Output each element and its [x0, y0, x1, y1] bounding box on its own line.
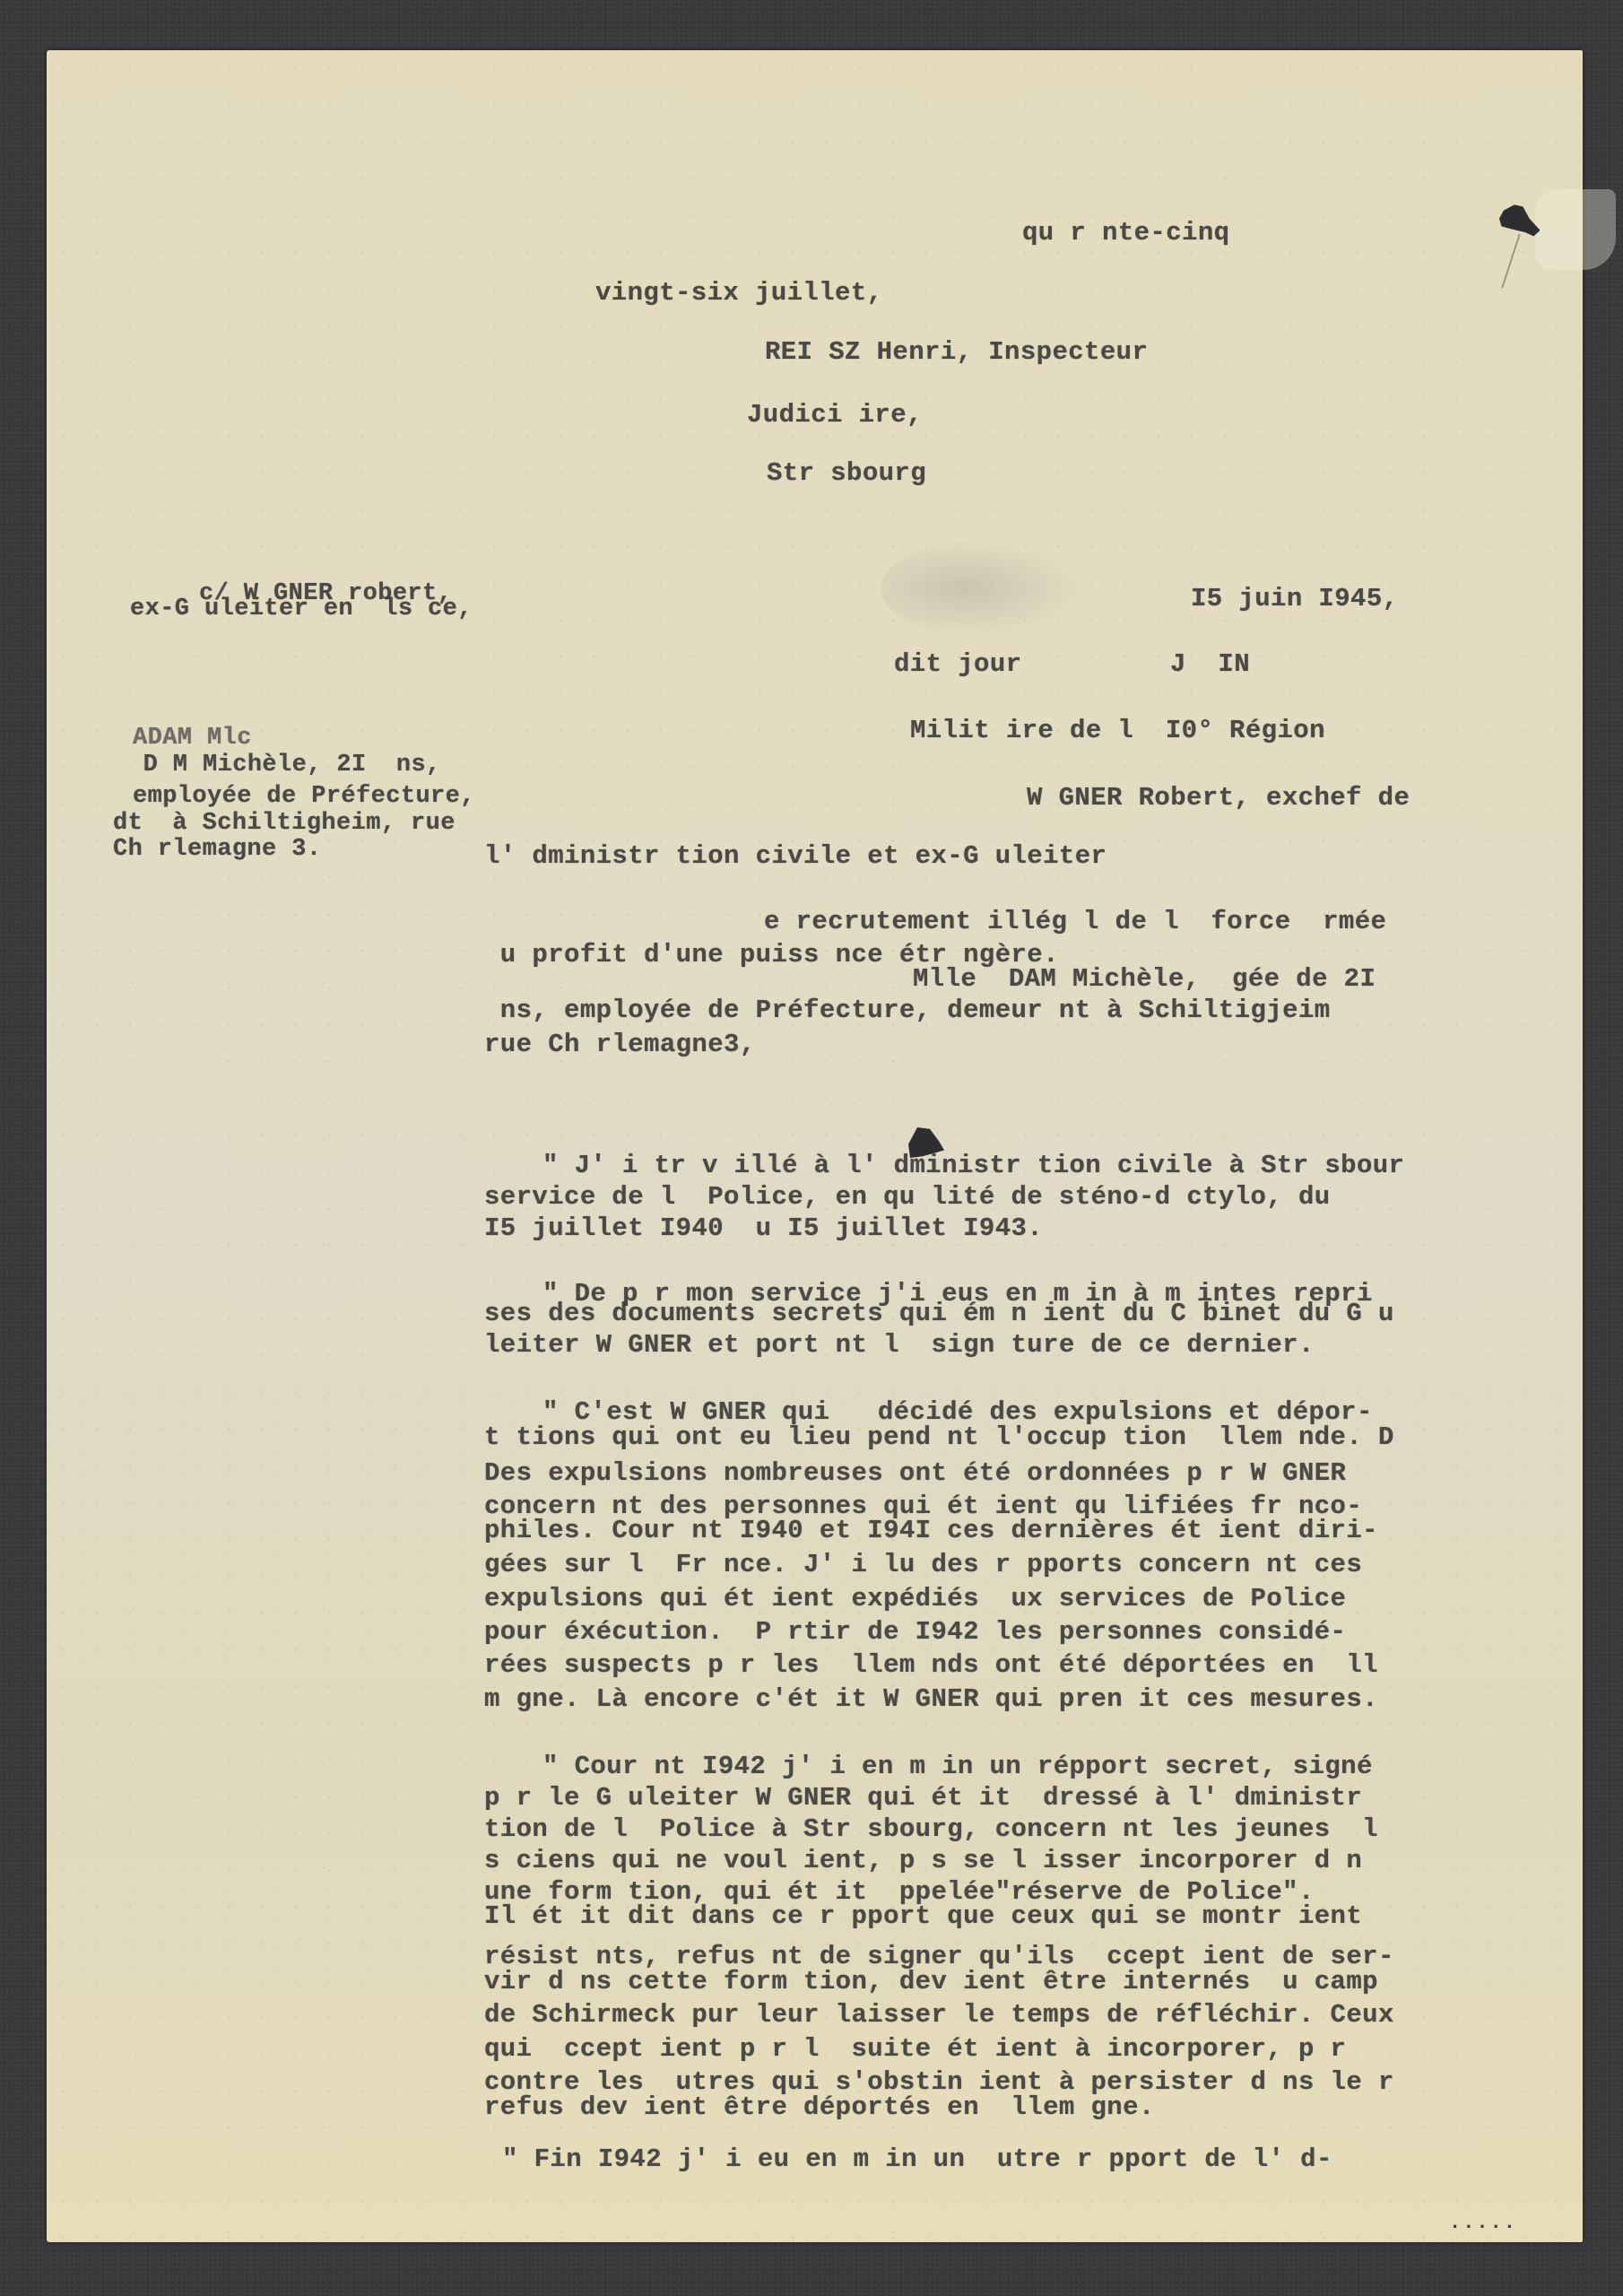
paragraph-4-line-4: s ciens qui ne voul ient, p s se l isser…	[484, 1848, 1362, 1874]
intro-military: Milit ire de l I0° Région	[910, 717, 1325, 744]
paragraph-4-line-9: de Schirmeck pur leur laisser le temps d…	[484, 2002, 1394, 2029]
paragraph-3-line-3: Des expulsions nombreuses ont été ordonn…	[484, 1460, 1346, 1487]
paragraph-4-line-3: tion de l Police à Str sbourg, concern n…	[484, 1816, 1378, 1843]
paragraph-4-line-8: vir d ns cette form tion, dev ient être …	[484, 1969, 1378, 1996]
paragraph-3-line-6: gées sur l Fr nce. J' i lu des r pports …	[484, 1552, 1362, 1578]
paragraph-3-line-5: philes. Cour nt I940 et I94I ces dernièr…	[484, 1518, 1378, 1544]
witness-name: D M Michèle, 2I ns,	[128, 752, 441, 778]
header-year: qu r nte-cinq	[1022, 220, 1229, 247]
witness-address-street: Ch rlemagne 3.	[113, 836, 321, 863]
paragraph-5-line-1: " Fin I942 j' i eu en m in un utre r ppo…	[502, 2146, 1332, 2173]
witness-occupation: employée de Préfecture,	[133, 783, 475, 810]
paragraph-3-line-7: expulsions qui ét ient expédiés ux servi…	[484, 1586, 1346, 1613]
witness-intro-1: Mlle DAM Michèle, gée de 2I	[913, 966, 1376, 993]
intro-accused: W GNER Robert, exchef de	[1027, 785, 1410, 812]
document-date: I5 juin I945,	[1191, 586, 1398, 613]
intro-name: J IN	[1170, 651, 1250, 678]
case-subtitle: ex-G uleiter en ls ce,	[130, 596, 473, 622]
paragraph-3-line-9: rées suspects p r les llem nds ont été d…	[484, 1652, 1378, 1679]
paragraph-4-line-12: refus dev ient être déportés en llem gne…	[484, 2094, 1155, 2121]
header-service: Judici ire,	[747, 402, 923, 429]
witness-address: dt à Schiltigheim, rue	[113, 810, 456, 837]
paragraph-3-line-2: t tions qui ont eu lieu pend nt l'occup …	[484, 1424, 1394, 1451]
paragraph-1-line-2: service de l Police, en qu lité de sténo…	[484, 1184, 1331, 1211]
charge-line-1: e recrutement illég l de l force rmée	[764, 909, 1386, 935]
ink-smudge	[881, 539, 1087, 638]
intro-dit-jour: dit jour	[894, 651, 1021, 678]
paragraph-4-line-10: qui ccept ient p r l suite ét ient à inc…	[484, 2036, 1346, 2063]
paragraph-4-line-6: Il ét it dit dans ce r pport que ceux qu…	[484, 1903, 1362, 1930]
header-city: Str sbourg	[767, 460, 926, 487]
paragraph-3-line-8: pour éxécution. P rtir de I942 les perso…	[484, 1619, 1346, 1646]
paragraph-1-line-1: " J' i tr v illé à l' dministr tion civi…	[542, 1152, 1404, 1179]
witness-ref: ADAM Mlc	[133, 725, 252, 752]
paragraph-2-line-2: ses des documents secrets qui ém n ient …	[484, 1300, 1394, 1327]
paragraph-2-line-3: leiter W GNER et port nt l sign ture de …	[484, 1332, 1315, 1359]
witness-intro-3: rue Ch rlemagne3,	[484, 1031, 756, 1058]
header-date: vingt-six juillet,	[595, 280, 882, 307]
witness-intro-2: ns, employée de Préfecture, demeur nt à …	[484, 997, 1331, 1024]
paragraph-4-line-1: " Cour nt I942 j' i en m in un répport s…	[542, 1753, 1373, 1780]
paragraph-4-line-2: p r le G uleiter W GNER qui ét it dressé…	[484, 1785, 1362, 1812]
continuation-mark: .....	[1449, 2212, 1517, 2234]
intro-admin: l' dministr tion civile et ex-G uleiter	[484, 843, 1107, 870]
header-officer: REI SZ Henri, Inspecteur	[765, 339, 1148, 366]
torn-corner	[1535, 189, 1616, 270]
paragraph-1-line-3: I5 juillet I940 u I5 juillet I943.	[484, 1215, 1043, 1242]
paragraph-3-line-10: m gne. Là encore c'ét it W GNER qui pren…	[484, 1686, 1378, 1713]
